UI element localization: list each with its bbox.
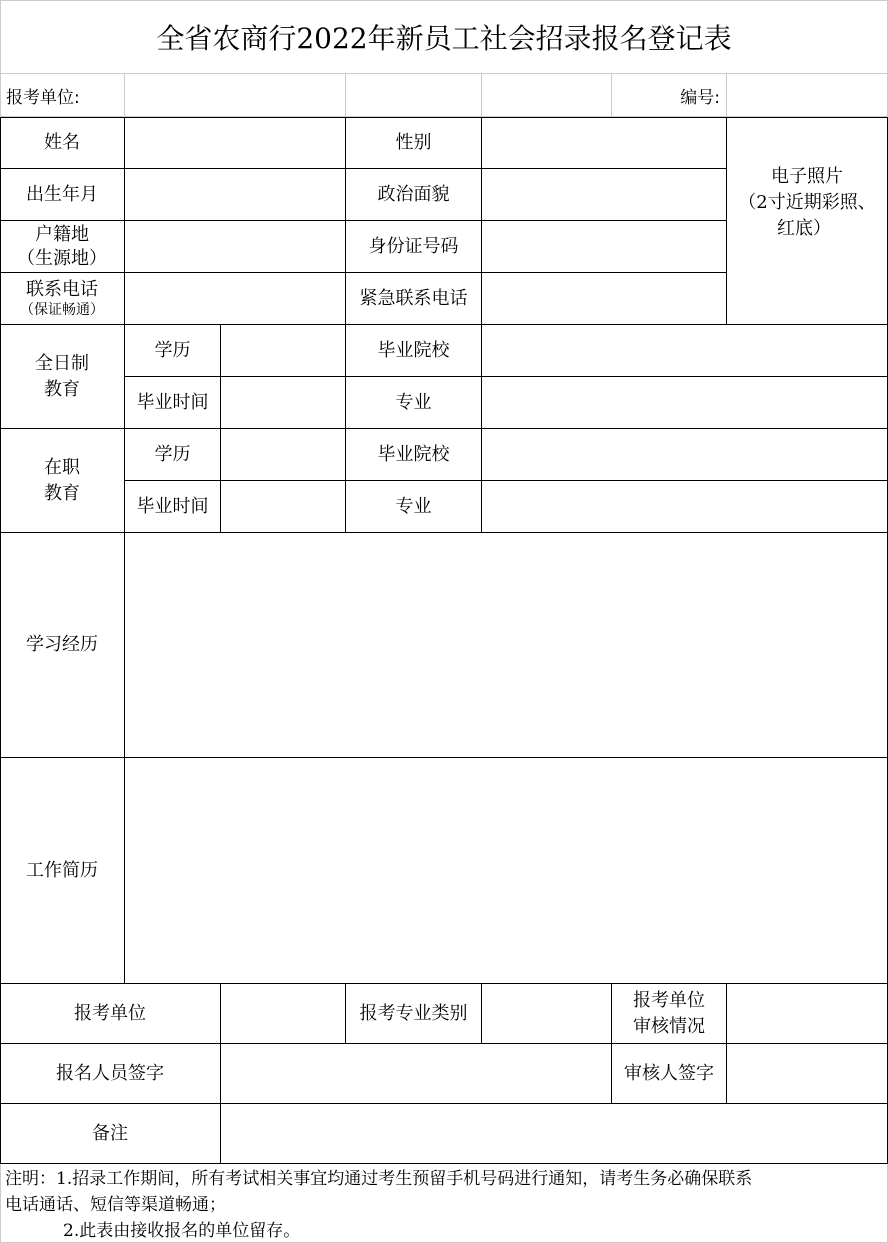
label-hukou-line1: 户籍地 <box>35 223 89 247</box>
label-onjob-school: 毕业院校 <box>346 429 482 481</box>
label-onjob-grad-time: 毕业时间 <box>125 481 221 533</box>
label-onjob-education: 在职 教育 <box>0 429 125 533</box>
label-fulltime-line2: 教育 <box>44 377 80 403</box>
label-fulltime-grad-time: 毕业时间 <box>125 377 221 429</box>
label-hukou-line2: （生源地） <box>17 247 107 271</box>
form-title: 全省农商行2022年新员工社会招录报名登记表 <box>0 0 888 73</box>
field-applicant-signature[interactable] <box>221 1044 612 1104</box>
photo-label-line2: （2寸近期彩照、 <box>738 190 875 216</box>
label-name: 姓名 <box>0 117 125 169</box>
label-phone-line2: （保证畅通） <box>20 301 104 319</box>
label-fulltime-line1: 全日制 <box>35 351 89 377</box>
header-cell-blank[interactable] <box>346 73 482 117</box>
label-major-category: 报考专业类别 <box>346 984 482 1044</box>
header-cell-blank[interactable] <box>482 73 612 117</box>
label-gender: 性别 <box>346 117 482 169</box>
label-apply-unit: 报考单位 <box>0 984 221 1044</box>
label-fulltime-education: 全日制 教育 <box>0 325 125 429</box>
note-line-1: 注明：1.招录工作期间，所有考试相关事宜均通过考生预留手机号码进行通知，请考生务… <box>5 1166 883 1192</box>
label-fulltime-major: 专业 <box>346 377 482 429</box>
field-fulltime-major[interactable] <box>482 377 888 429</box>
field-id-number[interactable] <box>482 221 727 273</box>
field-work-history[interactable] <box>125 758 888 984</box>
field-political[interactable] <box>482 169 727 221</box>
field-hukou[interactable] <box>125 221 346 273</box>
field-fulltime-school[interactable] <box>482 325 888 377</box>
field-fulltime-grad-time[interactable] <box>221 377 346 429</box>
label-phone-line1: 联系电话 <box>26 279 98 301</box>
label-id-number: 身份证号码 <box>346 221 482 273</box>
note-line-3: 2.此表由接收报名的单位留存。 <box>5 1218 883 1243</box>
field-birth[interactable] <box>125 169 346 221</box>
photo-label-line3: 红底） <box>727 216 831 242</box>
field-reviewer-signature[interactable] <box>727 1044 888 1104</box>
label-phone: 联系电话 （保证畅通） <box>0 273 125 325</box>
label-onjob-degree: 学历 <box>125 429 221 481</box>
label-study-history: 学习经历 <box>0 533 125 758</box>
field-apply-unit[interactable] <box>221 984 346 1044</box>
label-hukou: 户籍地 （生源地） <box>0 221 125 273</box>
field-study-history[interactable] <box>125 533 888 758</box>
label-unit-review-line2: 审核情况 <box>633 1014 705 1040</box>
field-phone[interactable] <box>125 273 346 325</box>
photo-label-line1: 电子照片 <box>771 164 843 190</box>
label-birth: 出生年月 <box>0 169 125 221</box>
note-line-2: 电话通话、短信等渠道畅通； <box>5 1192 883 1218</box>
field-fulltime-degree[interactable] <box>221 325 346 377</box>
label-emergency-phone: 紧急联系电话 <box>346 273 482 325</box>
label-unit-review-line1: 报考单位 <box>633 988 705 1014</box>
label-reviewer-signature: 审核人签字 <box>612 1044 727 1104</box>
field-remarks[interactable] <box>221 1104 888 1164</box>
notes: 注明：1.招录工作期间，所有考试相关事宜均通过考生预留手机号码进行通知，请考生务… <box>0 1164 888 1243</box>
field-onjob-degree[interactable] <box>221 429 346 481</box>
field-emergency-phone[interactable] <box>482 273 727 325</box>
field-onjob-major[interactable] <box>482 481 888 533</box>
label-fulltime-degree: 学历 <box>125 325 221 377</box>
label-onjob-major: 专业 <box>346 481 482 533</box>
label-onjob-line2: 教育 <box>44 481 80 507</box>
label-political: 政治面貌 <box>346 169 482 221</box>
field-unit-review[interactable] <box>727 984 888 1044</box>
header-number-field[interactable] <box>727 73 888 117</box>
header-number-label: 编号: <box>612 73 727 117</box>
photo-box[interactable]: 电子照片 （2寸近期彩照、 红底） <box>727 117 888 325</box>
label-onjob-line1: 在职 <box>44 455 80 481</box>
label-work-history: 工作简历 <box>0 758 125 984</box>
field-name[interactable] <box>125 117 346 169</box>
header-unit-label: 报考单位: <box>0 73 125 117</box>
header-unit-field[interactable] <box>125 73 346 117</box>
field-onjob-grad-time[interactable] <box>221 481 346 533</box>
field-gender[interactable] <box>482 117 727 169</box>
label-unit-review: 报考单位 审核情况 <box>612 984 727 1044</box>
label-remarks: 备注 <box>0 1104 221 1164</box>
label-applicant-signature: 报名人员签字 <box>0 1044 221 1104</box>
field-onjob-school[interactable] <box>482 429 888 481</box>
label-fulltime-school: 毕业院校 <box>346 325 482 377</box>
field-major-category[interactable] <box>482 984 612 1044</box>
